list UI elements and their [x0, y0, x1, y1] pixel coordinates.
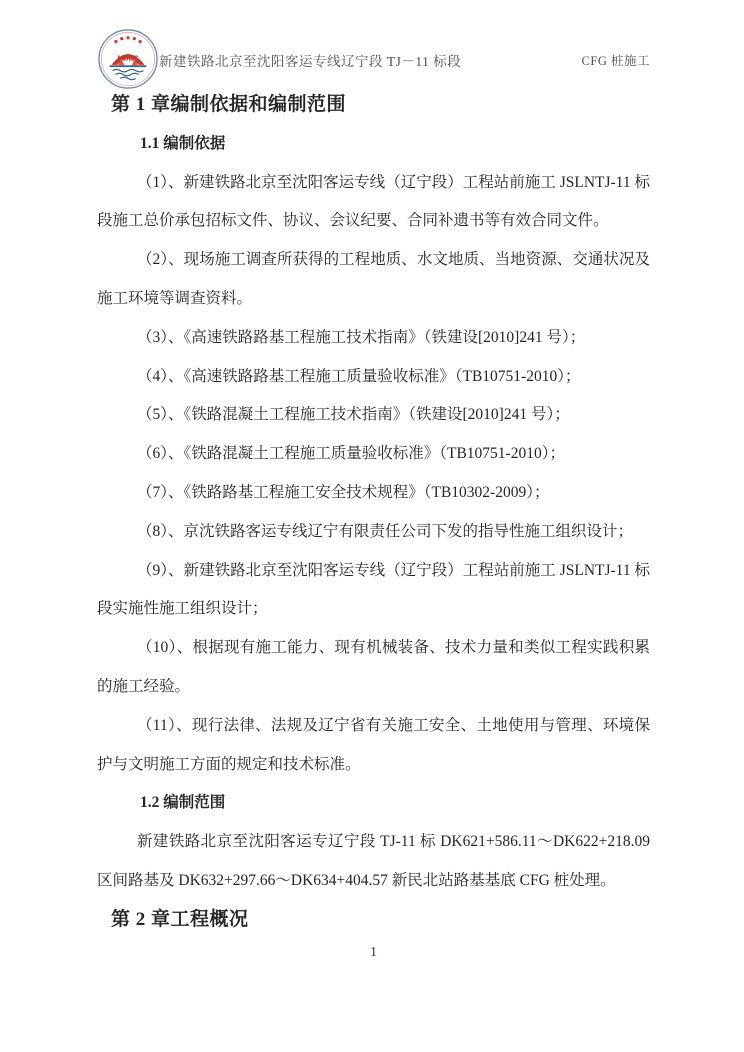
basis-item-8: （8）、京沈铁路客运专线辽宁有限责任公司下发的指导性施工组织设计； — [97, 513, 650, 552]
section-1-2-heading: 1.2 编制范围 — [97, 784, 650, 823]
scope-paragraph: 新建铁路北京至沈阳客运专辽宁段 TJ-11 标 DK621+586.11～DK6… — [97, 823, 650, 901]
document-page: MBEC 新建铁路北京至沈阳客运专线辽宁段 TJ－11 标段 CFG 桩施工 第… — [0, 0, 744, 1052]
chapter-1-heading: 第 1 章编制依据和编制范围 — [111, 86, 650, 125]
page-number: 1 — [97, 940, 650, 966]
basis-item-6: （6）、《铁路混凝土工程施工质量验收标准》（TB10751-2010）； — [97, 435, 650, 474]
basis-item-1: （1）、新建铁路北京至沈阳客运专线（辽宁段）工程站前施工 JSLNTJ-11 标… — [97, 164, 650, 242]
basis-item-3: （3）、《高速铁路路基工程施工技术指南》（铁建设[2010]241 号）； — [97, 319, 650, 358]
section-1-1-heading: 1.1 编制依据 — [97, 125, 650, 164]
basis-item-5: （5）、《铁路混凝土工程施工技术指南》（铁建设[2010]241 号）； — [97, 396, 650, 435]
basis-item-11: （11）、现行法律、法规及辽宁省有关施工安全、土地使用与管理、环境保护与文明施工… — [97, 707, 650, 785]
basis-item-4: （4）、《高速铁路路基工程施工质量验收标准》（TB10751-2010）； — [97, 358, 650, 397]
basis-item-9: （9）、新建铁路北京至沈阳客运专线（辽宁段）工程站前施工 JSLNTJ-11 标… — [97, 552, 650, 630]
chapter-2-heading: 第 2 章工程概况 — [111, 901, 650, 940]
basis-item-7: （7）、《铁路路基工程施工安全技术规程》（TB10302-2009）； — [97, 474, 650, 513]
header-doc-subject: CFG 桩施工 — [582, 51, 650, 69]
header-project-title: 新建铁路北京至沈阳客运专线辽宁段 TJ－11 标段 — [159, 50, 461, 70]
mbec-company-logo-icon: MBEC — [97, 28, 159, 90]
basis-item-2: （2）、现场施工调查所获得的工程地质、水文地质、当地资源、交通状况及施工环境等调… — [97, 241, 650, 319]
document-body: 第 1 章编制依据和编制范围 1.1 编制依据 （1）、新建铁路北京至沈阳客运专… — [97, 86, 650, 966]
page-header: MBEC 新建铁路北京至沈阳客运专线辽宁段 TJ－11 标段 CFG 桩施工 — [97, 26, 650, 90]
basis-item-10: （10）、根据现有施工能力、现有机械装备、技术力量和类似工程实践积累的施工经验。 — [97, 629, 650, 707]
